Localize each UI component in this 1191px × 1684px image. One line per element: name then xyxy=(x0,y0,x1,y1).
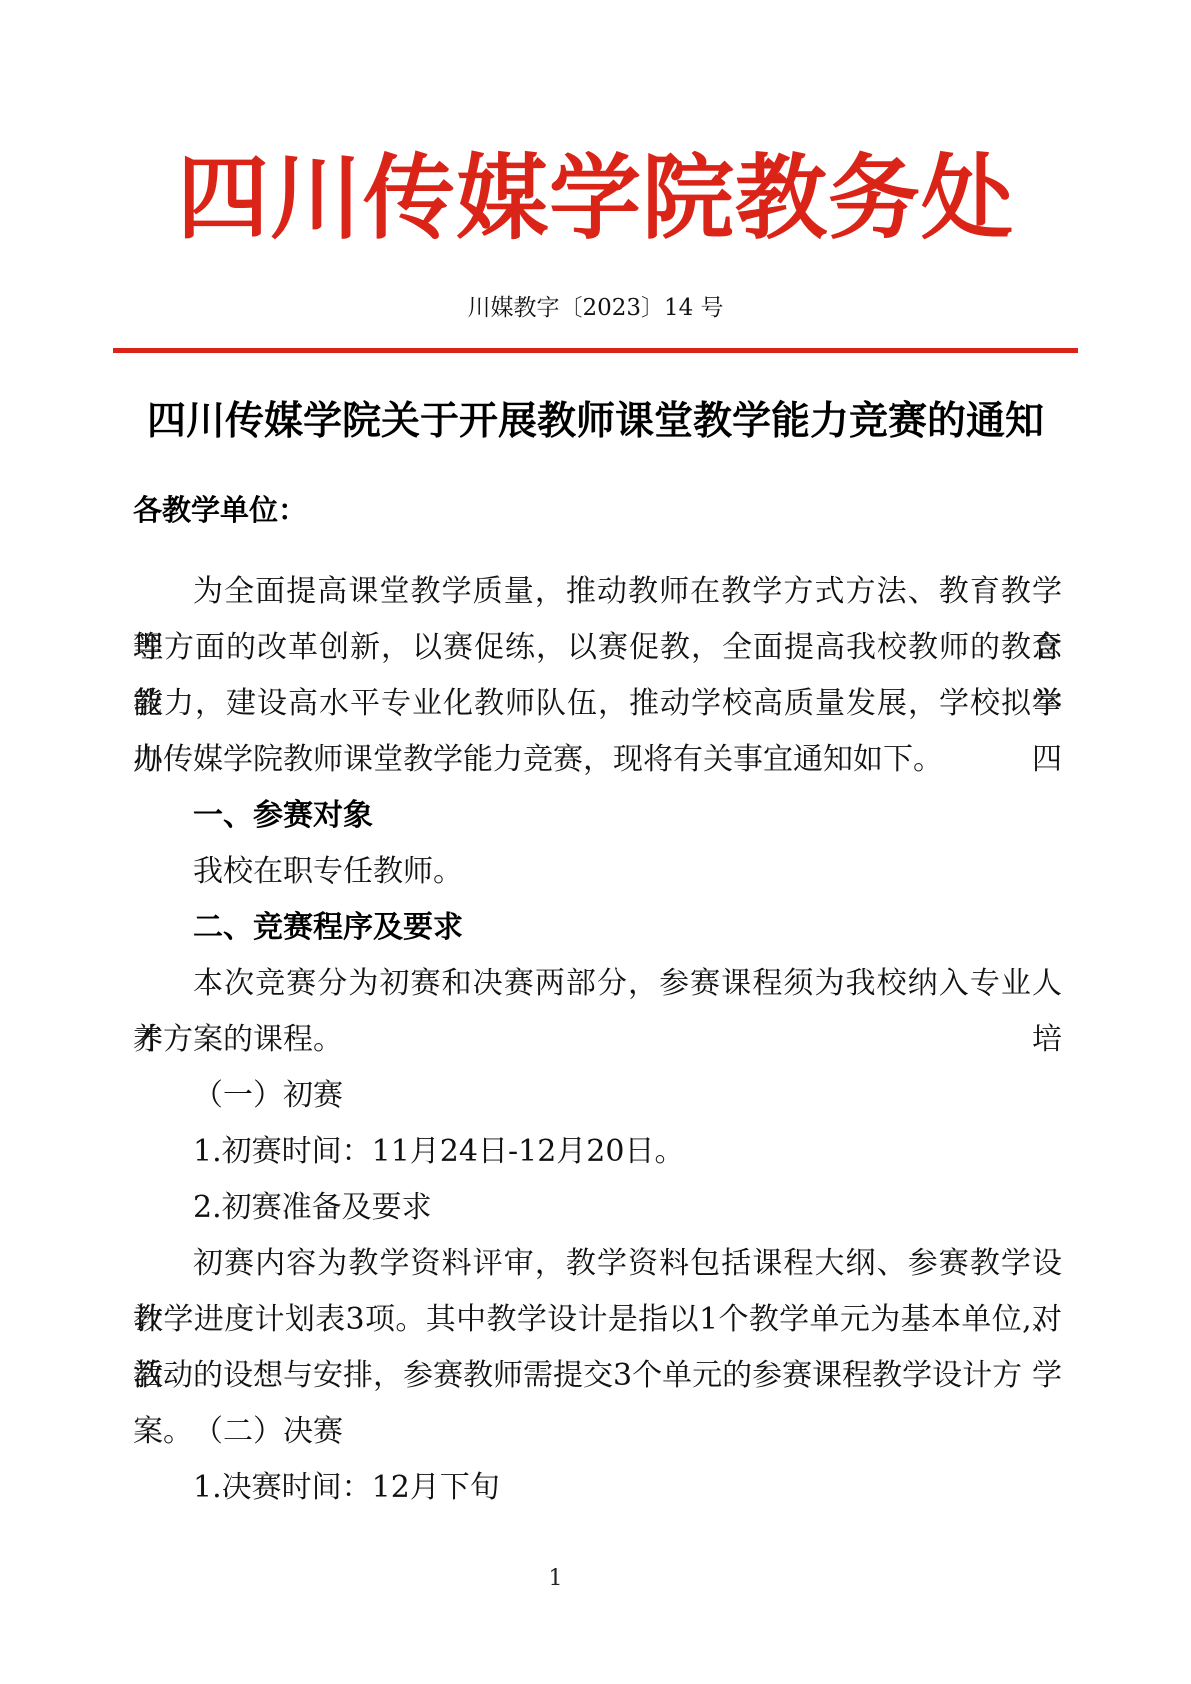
preliminary-paragraph-line: 活动的设想与安排，参赛教师需提交3个单元的参赛课程教学设计方案。 xyxy=(133,1348,1062,1404)
page-number: 1 xyxy=(0,1565,1111,1593)
procedure-paragraph-line: 本次竞赛分为初赛和决赛两部分，参赛课程须为我校纳入专业人才培 xyxy=(133,956,1062,1012)
notice-title: 四川传媒学院关于开展教师课堂教学能力竞赛的通知 xyxy=(0,398,1191,446)
final-time-line: 1.决赛时间：12月下旬 xyxy=(133,1460,1062,1516)
preliminary-paragraph-line: 初赛内容为教学资料评审，教学资料包括课程大纲、参赛教学设计、 xyxy=(133,1236,1062,1292)
preliminary-time-line: 1.初赛时间：11月24日-12月20日。 xyxy=(133,1124,1062,1180)
subheading-preliminary-round: （一）初赛 xyxy=(133,1068,1062,1124)
subheading-final-round: （二）决赛 xyxy=(133,1404,1062,1460)
preliminary-paragraph-line: 教学进度计划表3项。其中教学设计是指以1个教学单元为基本单位,对教学 xyxy=(133,1292,1062,1348)
red-divider-line xyxy=(113,348,1078,353)
notice-body: 为全面提高课堂教学质量，推动教师在教学方式方法、教育教学理念 等方面的改革创新，… xyxy=(133,564,1062,1516)
intro-paragraph-line: 等方面的改革创新，以赛促练，以赛促教，全面提高我校教师的教育教学 xyxy=(133,620,1062,676)
org-header-title: 四川传媒学院教务处 xyxy=(0,135,1191,261)
doc-reference-number: 川媒教字〔2023〕14 号 xyxy=(0,293,1191,323)
section-heading-participants: 一、参赛对象 xyxy=(133,788,1062,844)
intro-paragraph-line: 川传媒学院教师课堂教学能力竞赛，现将有关事宜通知如下。 xyxy=(133,732,1062,788)
intro-paragraph-line: 为全面提高课堂教学质量，推动教师在教学方式方法、教育教学理念 xyxy=(133,564,1062,620)
salutation-line: 各教学单位： xyxy=(133,493,1062,527)
intro-paragraph-line: 能力，建设高水平专业化教师队伍，推动学校高质量发展，学校拟举办四 xyxy=(133,676,1062,732)
section-heading-procedure: 二、竞赛程序及要求 xyxy=(133,900,1062,956)
preliminary-prep-line: 2.初赛准备及要求 xyxy=(133,1180,1062,1236)
participants-text: 我校在职专任教师。 xyxy=(133,844,1062,900)
document-page: 四川传媒学院教务处 川媒教字〔2023〕14 号 四川传媒学院关于开展教师课堂教… xyxy=(0,0,1191,1684)
